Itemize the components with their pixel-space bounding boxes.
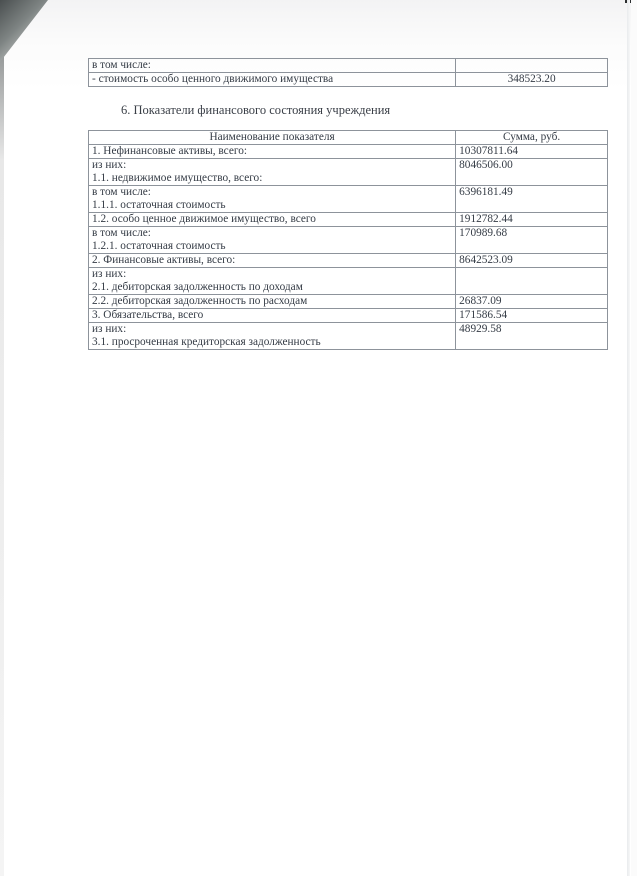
indicator-line: 3. Обязательства, всего [92,309,452,322]
indicator-sum: 1912782.44 [456,213,608,227]
indicator-name: 1.2. особо ценное движимое имущество, вс… [89,213,456,227]
table-row: в том числе:1.2.1. остаточная стоимость1… [89,227,608,254]
indicator-line: 1.1. недвижимое имущество, всего: [92,172,452,185]
table-row: из них:3.1. просроченная кредиторская за… [89,323,608,350]
indicator-name: из них:2.1. дебиторская задолженность по… [89,268,456,295]
indicator-sum: 170989.68 [456,227,608,254]
column-header-sum: Сумма, руб. [456,131,608,145]
indicator-line: 1. Нефинансовые активы, всего: [92,145,452,158]
indicator-name: 2. Финансовые активы, всего: [89,254,456,268]
table-row: в том числе:1.1.1. остаточная стоимость6… [89,186,608,213]
continued-table: в том числе: - стоимость особо ценного д… [88,58,608,87]
indicator-sum: 171586.54 [456,309,608,323]
table-row: 2. Финансовые активы, всего:8642523.09 [89,254,608,268]
indicator-line: из них: [92,323,452,336]
indicator-line: в том числе: [92,186,452,199]
table-row: в том числе: [89,59,608,73]
section-heading: 6. Показатели финансового состояния учре… [121,103,390,118]
indicator-line: 2.2. дебиторская задолженность по расход… [92,295,452,308]
indicator-line: из них: [92,159,452,172]
folded-corner [0,0,48,62]
indicator-line: в том числе: [92,227,452,240]
indicator-name: из них:3.1. просроченная кредиторская за… [89,323,456,350]
indicator-sum: 8642523.09 [456,254,608,268]
indicator-sum: 26837.09 [456,295,608,309]
table-row: из них:1.1. недвижимое имущество, всего:… [89,159,608,186]
indicator-sum: 6396181.49 [456,186,608,213]
table-row: - стоимость особо ценного движимого имущ… [89,73,608,87]
indicator-line: 1.1.1. остаточная стоимость [92,199,452,212]
indicator-line: 3.1. просроченная кредиторская задолженн… [92,336,452,349]
column-header-name: Наименование показателя [89,131,456,145]
indicator-sum [456,268,608,295]
indicator-name: 2.2. дебиторская задолженность по расход… [89,295,456,309]
indicator-sum: 8046506.00 [456,159,608,186]
indicator-line: из них: [92,268,452,281]
table-row: из них:2.1. дебиторская задолженность по… [89,268,608,295]
table-body: 1. Нефинансовые активы, всего:10307811.6… [89,145,608,350]
indicator-line: 1.2. особо ценное движимое имущество, вс… [92,213,452,226]
indicator-name: из них:1.1. недвижимое имущество, всего: [89,159,456,186]
scanned-page: в том числе: - стоимость особо ценного д… [0,0,637,876]
table-row: 1.2. особо ценное движимое имущество, вс… [89,213,608,227]
indicator-line: 1.2.1. остаточная стоимость [92,240,452,253]
row-value [456,59,608,73]
indicator-name: в том числе:1.1.1. остаточная стоимость [89,186,456,213]
indicator-name: в том числе:1.2.1. остаточная стоимость [89,227,456,254]
financial-indicators-table: Наименование показателя Сумма, руб. 1. Н… [88,130,608,350]
page-edge-shadow [0,0,4,876]
table-row: 3. Обязательства, всего171586.54 [89,309,608,323]
indicator-sum: 48929.58 [456,323,608,350]
row-value: 348523.20 [456,73,608,87]
indicator-line: 2. Финансовые активы, всего: [92,254,452,267]
row-label: в том числе: [89,59,456,73]
table-header-row: Наименование показателя Сумма, руб. [89,131,608,145]
right-margin [631,0,637,876]
indicator-name: 1. Нефинансовые активы, всего: [89,145,456,159]
indicator-sum: 10307811.64 [456,145,608,159]
indicator-line: 2.1. дебиторская задолженность по дохода… [92,281,452,294]
table-row: 1. Нефинансовые активы, всего:10307811.6… [89,145,608,159]
indicator-name: 3. Обязательства, всего [89,309,456,323]
row-label: - стоимость особо ценного движимого имущ… [89,73,456,87]
right-edge-shadow [627,0,630,876]
table-row: 2.2. дебиторская задолженность по расход… [89,295,608,309]
